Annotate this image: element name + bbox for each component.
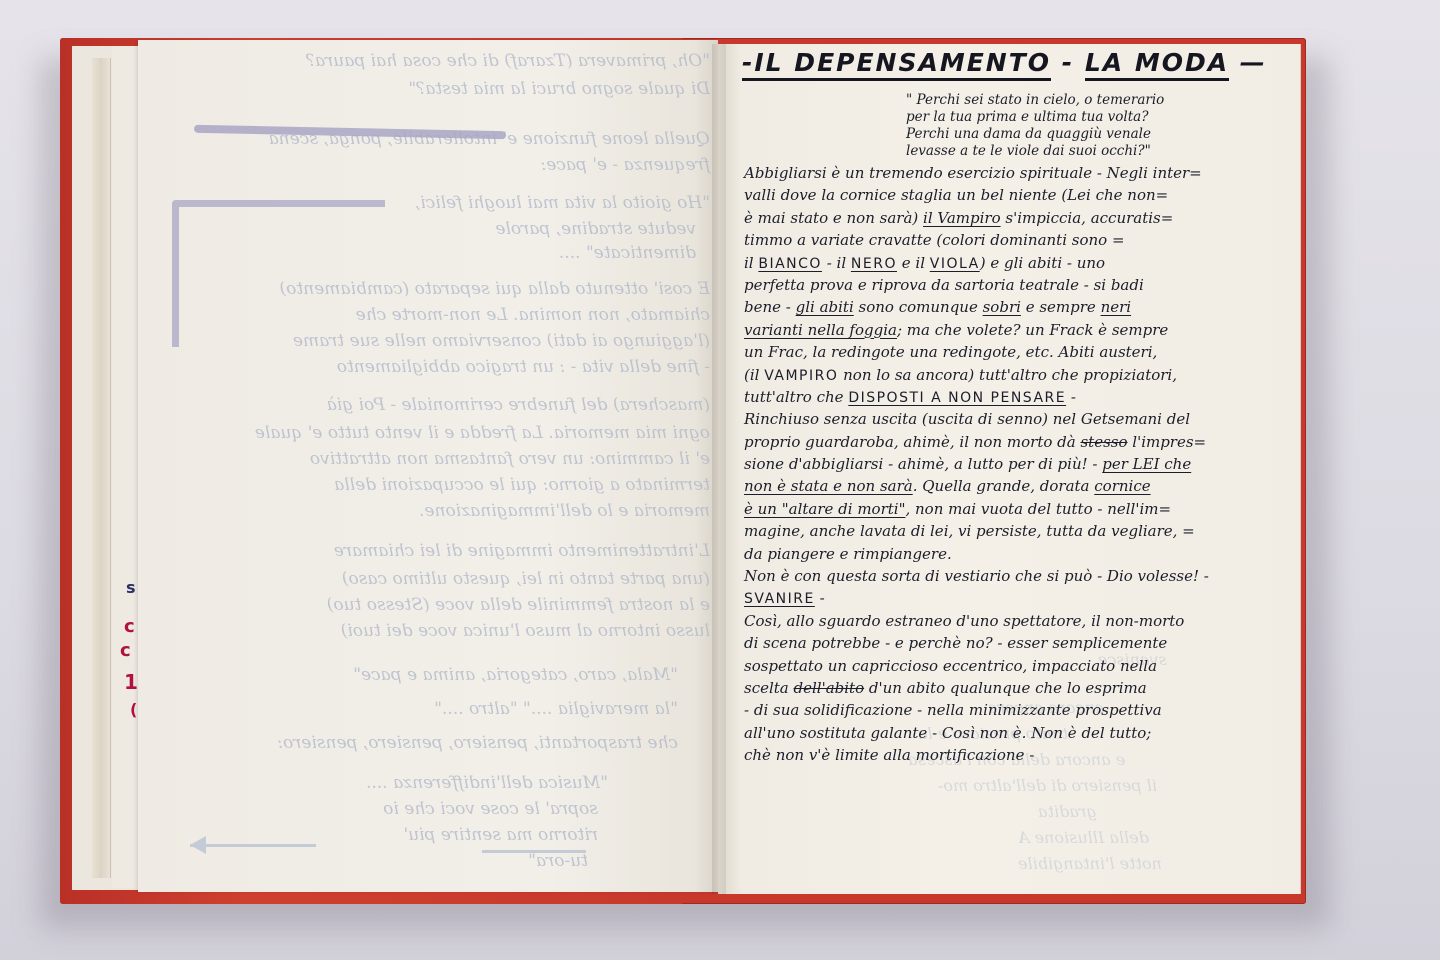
ghost-line: e la nostra femminile della voce (Stesso…	[327, 592, 710, 618]
stub-mark: c	[124, 616, 135, 637]
ghost-line: L'intrattenimento immagine di lei chiama…	[334, 538, 710, 564]
text-run: -	[1066, 388, 1076, 406]
page-title: -IL DEPENSAMENTO - LA MODA —	[742, 48, 1267, 77]
struck-run: dell'abito	[794, 679, 865, 697]
text-line: è un "altare di morti", non mai vuota de…	[744, 498, 1209, 520]
title-part-moda: LA MODA	[1085, 48, 1229, 81]
text-line: tutt'altro che DISPOSTI A NON PENSARE -	[744, 386, 1209, 408]
text-run: Non è con questa sorta di vestiario che …	[744, 567, 1209, 585]
ghost-line: memoria e lo dell'immaginazione.	[419, 498, 710, 524]
text-line: (il VAMPIRO non lo sa ancora) tutt'altro…	[744, 364, 1209, 386]
text-run: non lo sa ancora) tutt'altro che propizi…	[838, 366, 1177, 384]
left-page: "Oh, primavera (Tzaraf) di che cosa hai …	[138, 40, 718, 892]
ghost-line: "Ho gioito la vita mai luoghi felici,	[415, 190, 710, 216]
text-line: SVANIRE -	[744, 587, 1209, 609]
underlined-run: è un "altare di morti"	[744, 500, 905, 518]
text-run: è mai stato e non sarà)	[744, 209, 923, 227]
text-line: scelta dell'abito d'un abito qualunque c…	[744, 677, 1209, 699]
text-run: e il	[897, 254, 930, 272]
text-run: sospettato un capriccioso eccentrico, im…	[744, 657, 1157, 675]
text-line: Rinchiuso senza uscita (uscita di senno)…	[744, 408, 1209, 430]
text-run: Abbigliarsi è un tremendo esercizio spir…	[744, 164, 1202, 182]
text-line: non è stata e non sarà. Quella grande, d…	[744, 475, 1209, 497]
text-run: all'uno sostituta galante - Così non è. …	[744, 724, 1151, 742]
epigraph-line: per la tua prima e ultima tua volta?	[906, 109, 1164, 126]
underlined-run: non è stata e non sarà	[744, 477, 913, 495]
text-line: chè non v'è limite alla mortificazione -	[744, 744, 1209, 766]
text-line: il BIANCO - il NERO e il VIOLA) e gli ab…	[744, 252, 1209, 274]
show-through-text: "Oh, primavera (Tzaraf) di che cosa hai …	[138, 40, 718, 892]
text-run: -	[815, 589, 825, 607]
text-run: Così, allo sguardo estraneo d'uno spetta…	[744, 612, 1184, 630]
text-run: di scena potrebbe - e perchè no? - esser…	[744, 634, 1167, 652]
struck-run: stesso	[1080, 433, 1127, 451]
caps-word-viola: VIOLA	[930, 256, 980, 272]
text-run: ) e gli abiti - uno	[980, 254, 1105, 272]
underlined-run: neri	[1101, 298, 1132, 316]
title-part-depensamento: -IL DEPENSAMENTO	[742, 48, 1051, 81]
text-run: proprio guardaroba, ahimè, il non morto …	[744, 433, 1080, 451]
text-run: sono comunque	[854, 298, 983, 316]
text-run: scelta	[744, 679, 794, 697]
epigraph-line: " Perchi sei stato in cielo, o temerario	[906, 92, 1164, 109]
ghost-line: ogni mia memoria. La fredda e il vento t…	[255, 420, 710, 446]
ghost-line: (maschera) del funebre cerimoniale - Poi…	[327, 392, 710, 418]
text-line: timmo a variate cravatte (colori dominan…	[744, 229, 1209, 251]
ghost-line: della Illusione A	[1018, 828, 1149, 847]
text-run: , non mai vuota del tutto - nell'im=	[905, 500, 1171, 518]
text-line: sione d'abbigliarsi - ahimè, a lutto per…	[744, 453, 1209, 475]
text-run: e sempre	[1021, 298, 1101, 316]
text-line: Così, allo sguardo estraneo d'uno spetta…	[744, 610, 1209, 632]
text-run: valli dove la cornice staglia un bel nie…	[744, 186, 1168, 204]
ghost-line: (una parte tanto in lei, questo ultimo c…	[342, 566, 710, 592]
text-run: - di sua solidificazione - nella minimiz…	[744, 701, 1162, 719]
stub-mark: c	[120, 640, 131, 661]
epigraph-line: levasse a te le viole dai suoi occhi?"	[906, 143, 1164, 160]
underlined-run: per LEI che	[1102, 455, 1191, 473]
caps-phrase-disposti: DISPOSTI A NON PENSARE	[848, 390, 1066, 406]
text-run: magine, anche lavata di lei, vi persiste…	[744, 522, 1195, 540]
underlined-run: il Vampiro	[923, 209, 1001, 227]
underlined-run: varianti nella foggia	[744, 321, 897, 339]
title-separator: -	[1062, 48, 1074, 77]
underline-stroke	[482, 850, 586, 853]
stub-mark: s	[126, 578, 136, 597]
ghost-line: "Mala, caro, categoria, anima e pace"	[353, 662, 678, 688]
caps-word-svanire: SVANIRE	[744, 591, 815, 607]
stub-mark: (	[130, 700, 137, 719]
text-run: il	[744, 254, 758, 272]
text-run: ; ma che volete? un Frack è sempre	[897, 321, 1168, 339]
text-run: da piangere e rimpiangere.	[744, 545, 952, 563]
ghost-line: il pensiero di dell'altro mo-	[938, 776, 1157, 795]
underlined-run: gli abiti	[796, 298, 854, 316]
text-run: d'un abito qualunque che lo esprima	[864, 679, 1147, 697]
text-run: un Frac, la redingote una redingote, etc…	[744, 343, 1157, 361]
text-run: s'impiccia, accuratis=	[1001, 209, 1174, 227]
handwritten-body: Abbigliarsi è un tremendo esercizio spir…	[744, 162, 1209, 767]
epigraph-line: Perchi una dama da quaggiù venale	[906, 126, 1164, 143]
highlighter-bracket	[172, 200, 385, 347]
text-line: varianti nella foggia; ma che volete? un…	[744, 319, 1209, 341]
ghost-line: dimenticate" ....	[559, 240, 696, 266]
ghost-line: - fine della vita - : un tragico abbigli…	[337, 354, 710, 380]
text-run: perfetta prova e riprova da sartoria tea…	[744, 276, 1144, 294]
text-line: perfetta prova e riprova da sartoria tea…	[744, 274, 1209, 296]
ghost-line: "Oh, primavera (Tzaraf) di che cosa hai …	[306, 48, 710, 74]
arrow-left-icon	[190, 844, 316, 847]
ghost-line: Di quale sogno bruci la mia testa?"	[408, 76, 710, 102]
ghost-line: frequenza - e' pace:	[541, 152, 710, 178]
caps-word-vampiro: VAMPIRO	[764, 368, 838, 384]
text-run: bene -	[744, 298, 796, 316]
ghost-line: vedute stradine, parole	[495, 216, 696, 242]
ghost-line: ritorno ma sentire piu'	[403, 822, 598, 848]
text-line: magine, anche lavata di lei, vi persiste…	[744, 520, 1209, 542]
text-line: Abbigliarsi è un tremendo esercizio spir…	[744, 162, 1209, 184]
text-line: di scena potrebbe - e perchè no? - esser…	[744, 632, 1209, 654]
text-line: un Frac, la redingote una redingote, etc…	[744, 341, 1209, 363]
epigraph-quote: " Perchi sei stato in cielo, o temerario…	[906, 92, 1164, 160]
ghost-line: lusso intorno al muso l'unica voce dei t…	[341, 618, 710, 644]
text-line: - di sua solidificazione - nella minimiz…	[744, 699, 1209, 721]
text-run: . Quella grande, dorata	[913, 477, 1095, 495]
underlined-run: cornice	[1094, 477, 1150, 495]
ghost-line: notte l'intangibile	[1018, 854, 1162, 873]
text-run: chè non v'è limite alla mortificazione -	[744, 746, 1034, 764]
text-line: all'uno sostituta galante - Così non è. …	[744, 722, 1209, 744]
text-run: timmo a variate cravatte (colori dominan…	[744, 231, 1125, 249]
arrow-left-icon-head	[190, 836, 206, 854]
stub-mark: 1	[124, 670, 138, 694]
ghost-line: che trasportanti, pensiero, pensiero, pe…	[277, 730, 678, 756]
ghost-line: e' il cammino: un vero fantasma non attr…	[310, 446, 710, 472]
text-line: da piangere e rimpiangere.	[744, 543, 1209, 565]
ghost-line: "Musica dell'indifferenza ....	[366, 770, 608, 796]
ghost-line: terminato a giorno: qui le occupazioni d…	[334, 472, 710, 498]
ghost-line: chiamato, non nomina. Le non-morte che	[356, 302, 710, 328]
text-line: è mai stato e non sarà) il Vampiro s'imp…	[744, 207, 1209, 229]
ghost-line: gradita	[1038, 802, 1097, 821]
text-run: tutt'altro che	[744, 388, 848, 406]
ghost-line: "la meraviglia ...." "altro ...."	[434, 696, 678, 722]
spine-gutter	[712, 44, 726, 894]
caps-word-bianco: BIANCO	[758, 256, 822, 272]
underlined-run: sobri	[983, 298, 1021, 316]
ghost-line: sopra' le cose voci che io	[383, 796, 598, 822]
page-stub	[92, 58, 111, 878]
text-run: sione d'abbigliarsi - ahimè, a lutto per…	[744, 455, 1102, 473]
text-run: (il	[744, 366, 764, 384]
caps-word-nero: NERO	[851, 256, 897, 272]
text-run: Rinchiuso senza uscita (uscita di senno)…	[744, 410, 1190, 428]
text-run: - il	[822, 254, 851, 272]
text-line: bene - gli abiti sono comunque sobri e s…	[744, 296, 1209, 318]
text-run: l'impres=	[1128, 433, 1207, 451]
text-line: proprio guardaroba, ahimè, il non morto …	[744, 431, 1209, 453]
text-line: valli dove la cornice staglia un bel nie…	[744, 184, 1209, 206]
text-line: sospettato un capriccioso eccentrico, im…	[744, 655, 1209, 677]
text-line: Non è con questa sorta di vestiario che …	[744, 565, 1209, 587]
title-trail: —	[1240, 48, 1267, 77]
